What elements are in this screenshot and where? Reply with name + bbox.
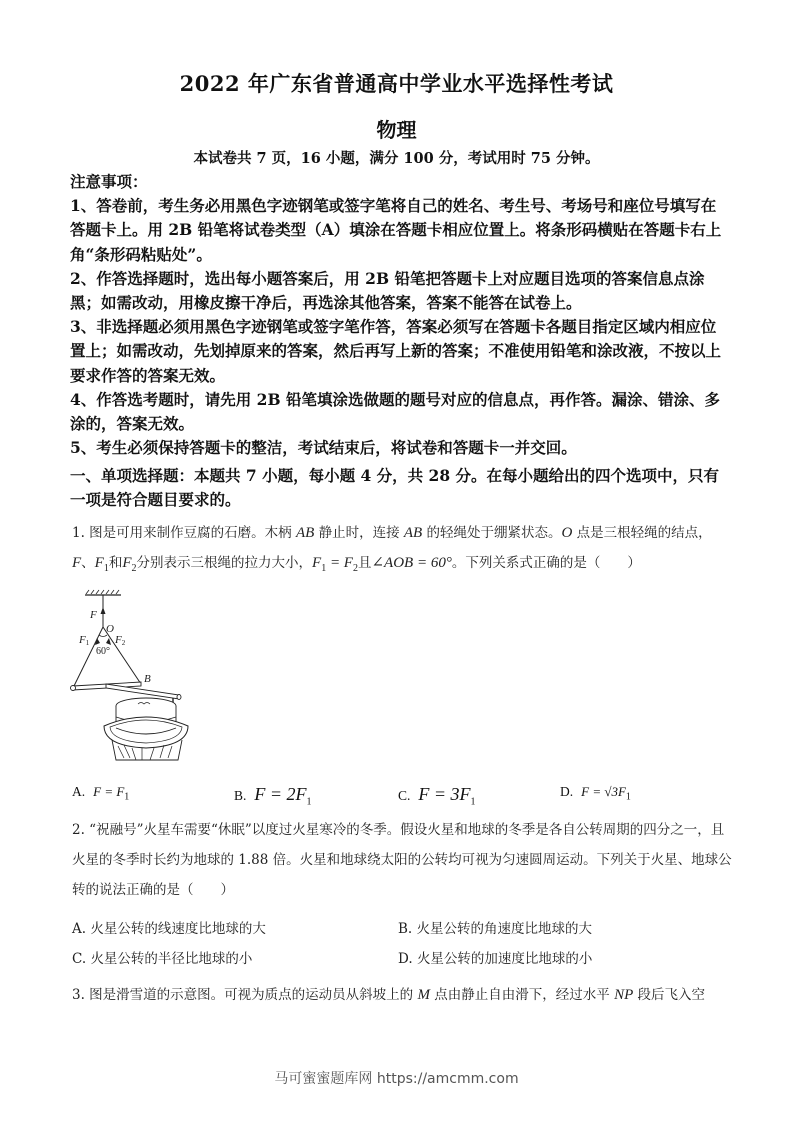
q2-option-a[interactable]: A. 火星公转的线速度比地球的大: [72, 917, 266, 937]
q3-text: 段后飞入空: [633, 987, 705, 1003]
notice-block: 注意事项： 1、答卷前，考生务必用黑色字迹钢笔或签字笔将自己的姓名、考生号、考场…: [70, 170, 730, 460]
option-label: C.: [398, 788, 410, 803]
exam-title: 2022 年广东省普通高中学业水平选择性考试: [0, 68, 793, 98]
exam-subject: 物理: [0, 114, 793, 143]
option-text: 火星公转的线速度比地球的大: [90, 921, 266, 937]
q1-text: 的轻绳处于绷紧状态。: [422, 525, 561, 541]
question-1: 1. 图是可用来制作豆腐的石磨。木柄 AB 静止时，连接 AB 的轻绳处于绷紧状…: [72, 518, 732, 584]
q1-option-a[interactable]: A.F = F1: [72, 784, 129, 803]
option-expression: F = √3F1: [581, 784, 631, 799]
section-1-heading: 一、单项选择题：本题共 7 小题，每小题 4 分，共 28 分。在每小题给出的四…: [70, 464, 730, 512]
q1-text: 且: [358, 555, 372, 571]
svg-text:B: B: [144, 673, 151, 685]
q1-text: 1. 图是可用来制作豆腐的石磨。木柄: [72, 525, 296, 541]
q1-equation: F1 = F2: [312, 555, 358, 571]
question-1-line-2: F、F1和F2分别表示三根绳的拉力大小，F1 = F2且∠AOB = 60°。下…: [72, 548, 732, 584]
option-text: 火星公转的角速度比地球的大: [417, 921, 593, 937]
q1-text: 静止时，连接: [314, 525, 404, 541]
q1-option-c[interactable]: C.F = 3F1: [398, 784, 476, 808]
option-label: D.: [398, 951, 413, 967]
q1-text: 点是三根轻绳的结点，: [572, 525, 711, 541]
question-3: 3. 图是滑雪道的示意图。可视为质点的运动员从斜坡上的 M 点由静止自由滑下，经…: [72, 980, 732, 1010]
q1-var-AB: AB: [296, 525, 314, 541]
option-label: A.: [72, 784, 85, 799]
svg-text:O: O: [106, 623, 114, 635]
question-2: 2. “祝融号”火星车需要“休眠”以度过火星寒冷的冬季。假设火星和地球的冬季是各…: [72, 815, 732, 905]
option-label: A.: [72, 921, 86, 937]
q2-option-b[interactable]: B. 火星公转的角速度比地球的大: [398, 917, 592, 937]
q3-var-M: M: [417, 987, 430, 1003]
q1-var-O: O: [562, 525, 573, 541]
q1-var-AB: AB: [404, 525, 422, 541]
millstone-diagram: F O F1 F2 60° B: [66, 588, 196, 763]
millstone-figure: F O F1 F2 60° B: [66, 588, 196, 763]
notice-item-2: 2、作答选择题时，选出每小题答案后，用 2B 铅笔把答题卡上对应题目选项的答案信…: [70, 267, 730, 315]
notice-item-4: 4、作答选考题时，请先用 2B 铅笔填涂选做题的题号对应的信息点，再作答。漏涂、…: [70, 388, 730, 436]
option-label: B.: [398, 921, 412, 937]
q3-var-NP: NP: [614, 987, 633, 1003]
q1-text: 和: [109, 555, 123, 571]
svg-text:F: F: [89, 609, 97, 621]
option-expression: F = F1: [93, 784, 129, 799]
q3-text: 点由静止自由滑下，经过水平: [430, 987, 614, 1003]
notice-item-5: 5、考生必须保持答题卡的整洁，考试结束后，将试卷和答题卡一并交回。: [70, 436, 730, 460]
option-label: B.: [234, 788, 246, 803]
option-label: C.: [72, 951, 86, 967]
option-label: D.: [560, 784, 573, 799]
exam-page: 2022 年广东省普通高中学业水平选择性考试 物理 本试卷共 7 页，16 小题…: [0, 0, 793, 1122]
q1-text: 、: [81, 555, 95, 571]
option-expression: F = 2F1: [254, 784, 311, 804]
q1-option-d[interactable]: D.F = √3F1: [560, 784, 631, 803]
notice-heading: 注意事项：: [70, 170, 730, 194]
svg-text:F1: F1: [78, 634, 90, 647]
q3-text: 3. 图是滑雪道的示意图。可视为质点的运动员从斜坡上的: [72, 987, 417, 1003]
q1-var-F1: F1: [95, 555, 109, 571]
option-text: 火星公转的半径比地球的小: [90, 951, 252, 967]
footer-watermark: 马可蜜蜜题库网 https://amcmm.com: [0, 1068, 793, 1088]
q2-option-c[interactable]: C. 火星公转的半径比地球的小: [72, 947, 252, 967]
exam-info: 本试卷共 7 页，16 小题，满分 100 分，考试用时 75 分钟。: [0, 147, 793, 168]
q1-angle: ∠AOB = 60°: [371, 555, 451, 571]
q1-text: 。下列关系式正确的是（ ）: [452, 555, 641, 571]
q1-option-b[interactable]: B.F = 2F1: [234, 784, 312, 808]
option-text: 火星公转的加速度比地球的小: [417, 951, 593, 967]
q1-var-F2: F2: [122, 555, 136, 571]
q2-option-d[interactable]: D. 火星公转的加速度比地球的小: [398, 947, 592, 967]
option-expression: F = 3F1: [418, 784, 475, 804]
q1-var-F: F: [72, 555, 81, 571]
notice-item-3: 3、非选择题必须用黑色字迹钢笔或签字笔作答，答案必须写在答题卡各题目指定区域内相…: [70, 315, 730, 388]
question-1-line-1: 1. 图是可用来制作豆腐的石磨。木柄 AB 静止时，连接 AB 的轻绳处于绷紧状…: [72, 518, 732, 548]
question-1-options: A.F = F1 B.F = 2F1 C.F = 3F1 D.F = √3F1: [72, 784, 732, 810]
notice-item-1: 1、答卷前，考生务必用黑色字迹钢笔或签字笔将自己的姓名、考生号、考场号和座位号填…: [70, 194, 730, 267]
q1-text: 分别表示三根绳的拉力大小，: [137, 555, 313, 571]
svg-text:60°: 60°: [96, 646, 110, 657]
svg-text:F2: F2: [114, 634, 126, 647]
